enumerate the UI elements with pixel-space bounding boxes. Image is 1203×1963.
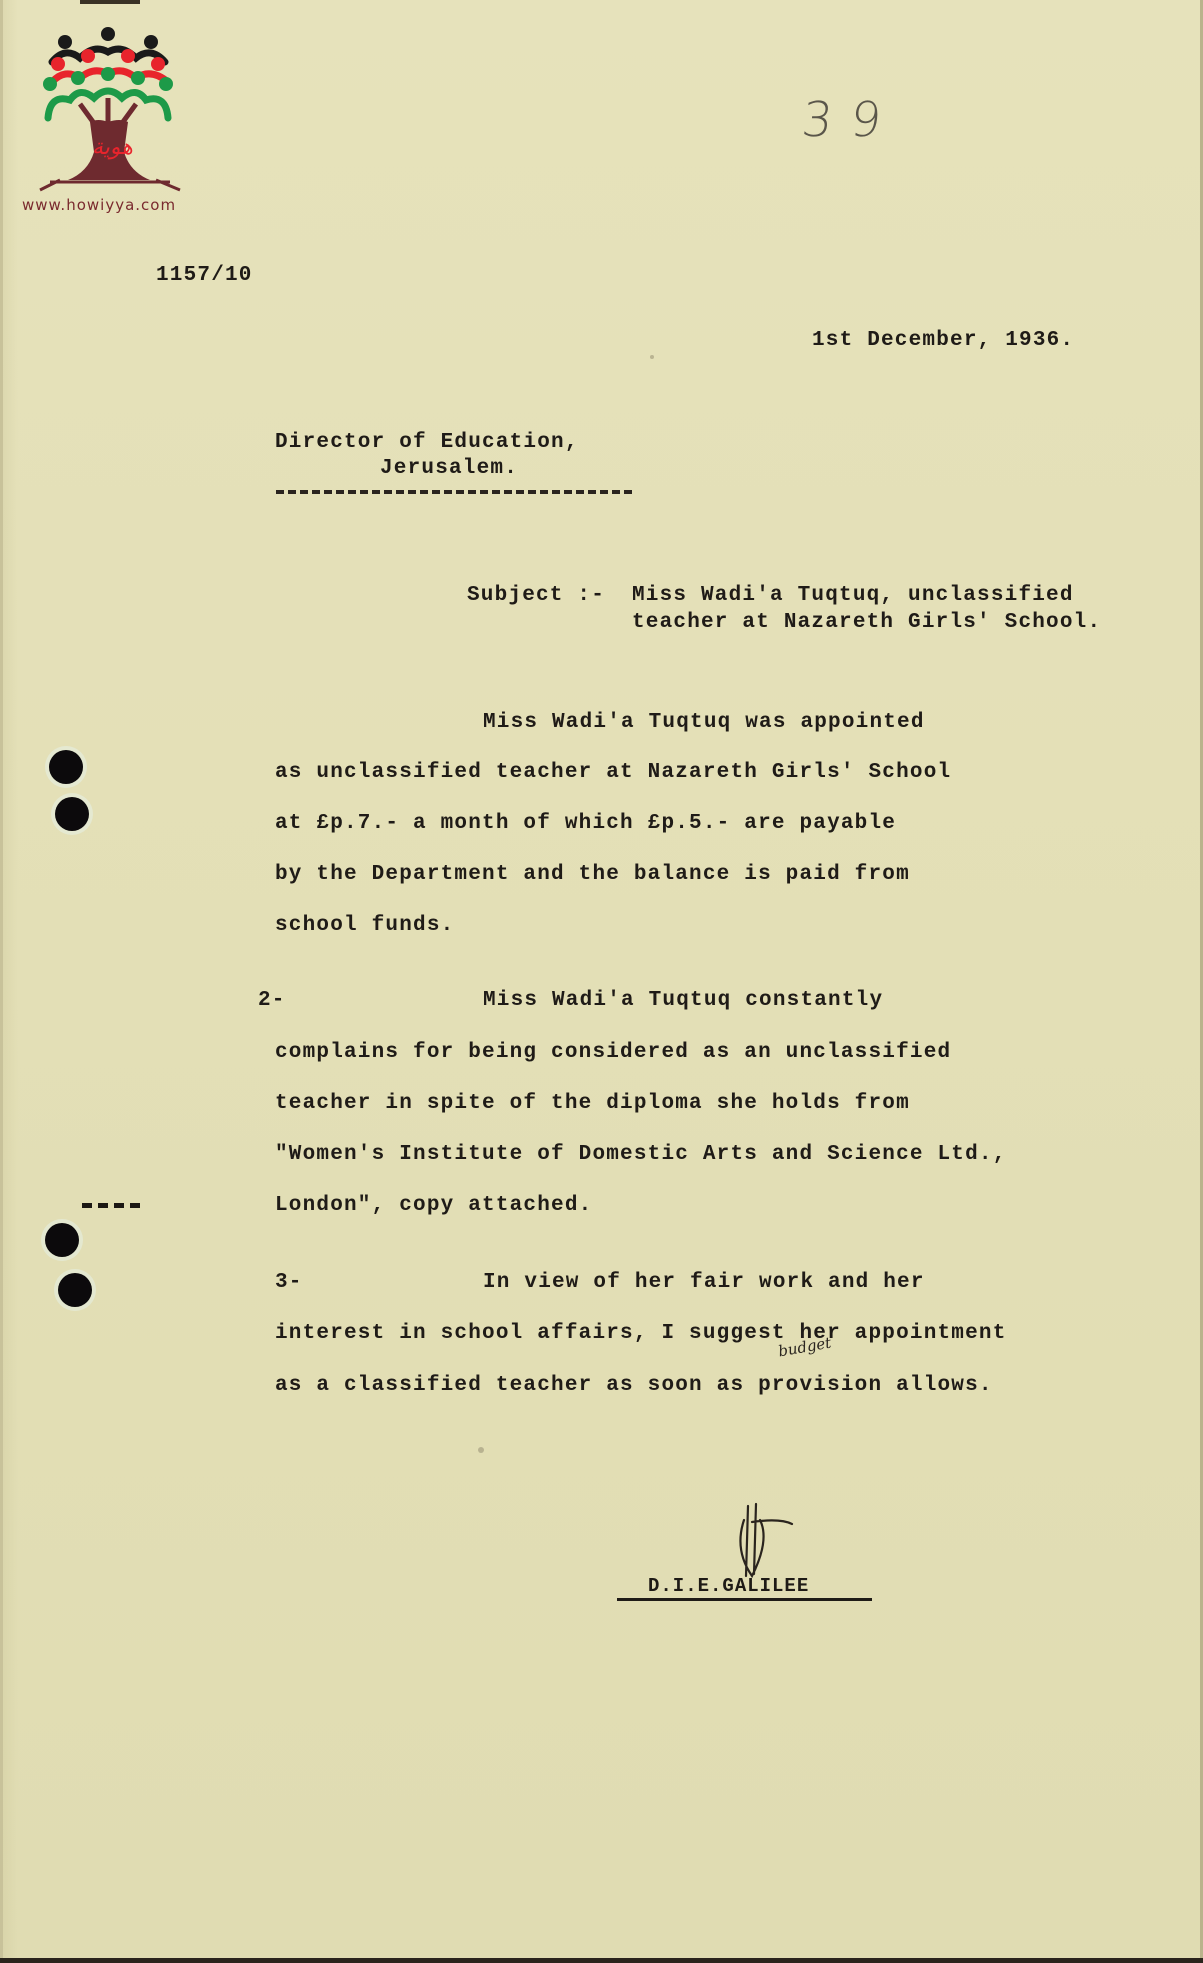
handwritten-signature [730,1500,800,1585]
paper-speck [478,1447,484,1453]
punch-hole-icon [58,1273,92,1307]
paragraph-2-line-1: Miss Wadi'a Tuqtuq constantly [483,990,883,1011]
document-page: هوية www.howiyya.com 39 1157/10 1st Dece… [0,0,1203,1963]
paragraph-1-line-1: Miss Wadi'a Tuqtuq was appointed [483,712,925,733]
punch-hole-icon [55,797,89,831]
paragraph-1-line-4: by the Department and the balance is pai… [275,864,910,885]
paragraph-3-number: 3- [275,1272,303,1293]
addressee-line-1: Director of Education, [275,432,579,453]
letter-date: 1st December, 1936. [812,330,1074,351]
paragraph-2-line-5: London", copy attached. [275,1195,592,1216]
page-top-edge [80,0,140,4]
signature-underline [617,1598,872,1601]
subject-line-1: Miss Wadi'a Tuqtuq, unclassified [632,585,1074,606]
subject-label: Subject :- [467,585,605,606]
paragraph-3-line-1: In view of her fair work and her [483,1272,925,1293]
margin-dash-mark [82,1203,140,1208]
paragraph-2-line-4: "Women's Institute of Domestic Arts and … [275,1144,1007,1165]
paper-speck [650,355,654,359]
paragraph-1-line-2: as unclassified teacher at Nazareth Girl… [275,762,951,783]
page-left-edge [0,0,3,1963]
svg-text:هوية: هوية [92,135,133,160]
addressee-line-2: Jerusalem. [380,458,518,479]
paragraph-2-line-2: complains for being considered as an unc… [275,1042,951,1063]
punch-hole-icon [45,1223,79,1257]
folio-number: 39 [799,92,902,148]
paragraph-3-line-2: interest in school affairs, I suggest he… [275,1323,1007,1344]
paragraph-2-number: 2- [258,990,286,1011]
paragraph-3-line-3: as a classified teacher as soon as provi… [275,1375,993,1396]
paragraph-2-line-3: teacher in spite of the diploma she hold… [275,1093,910,1114]
signatory-title: D.I.E.GALILEE [648,1575,809,1597]
tree-logo-icon: هوية [20,22,200,202]
paragraph-1-line-3: at £p.7.- a month of which £p.5.- are pa… [275,813,896,834]
subject-line-2: teacher at Nazareth Girls' School. [632,612,1101,633]
punch-hole-icon [49,750,83,784]
addressee-underline [276,490,632,494]
logo-url-text: www.howiyya.com [22,196,176,214]
paragraph-1-line-5: school funds. [275,915,454,936]
page-bottom-edge [0,1958,1203,1963]
signature-icon [730,1500,800,1580]
reference-number: 1157/10 [156,265,253,286]
howiyya-logo: هوية [20,22,200,222]
